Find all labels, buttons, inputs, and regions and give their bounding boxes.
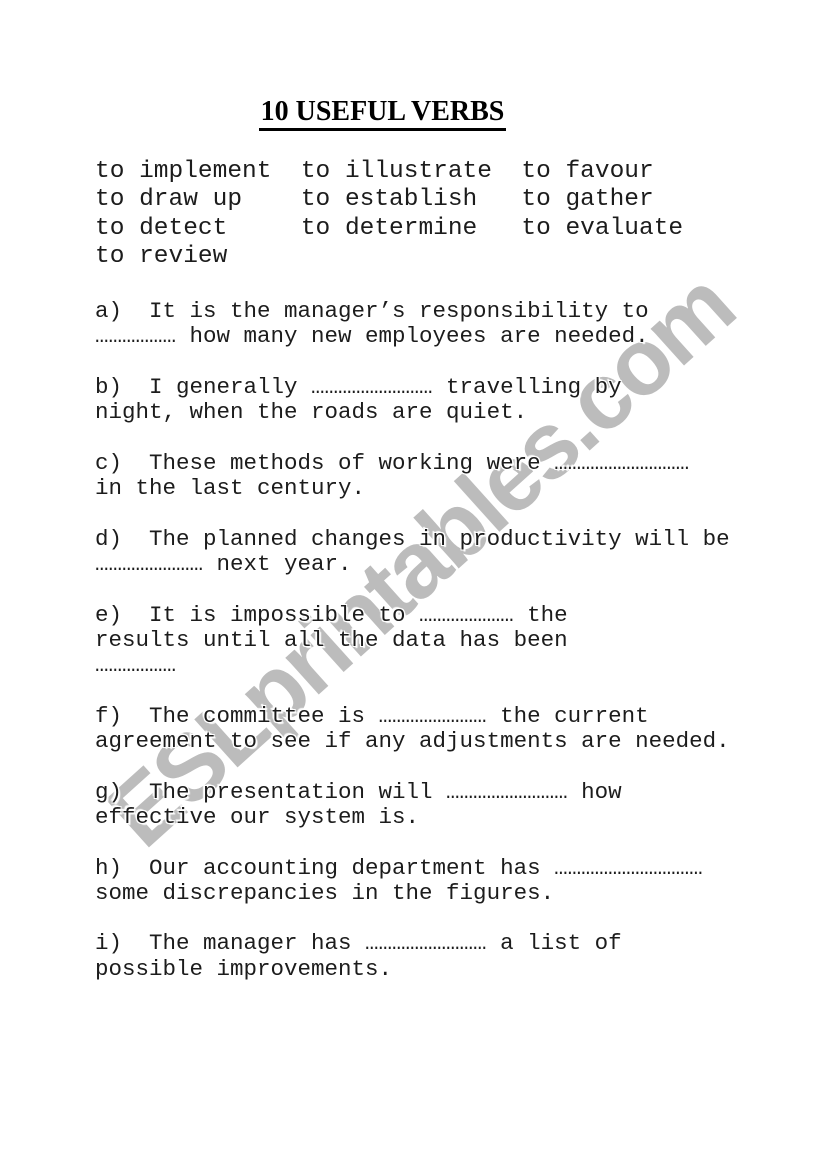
item-e-line-1: e) It is impossible to ………………… the xyxy=(95,603,730,628)
item-a-line-1: a) It is the manager’s responsibility to xyxy=(95,299,730,324)
worksheet-page: ESLprintables.com 10 USEFUL VERBS to imp… xyxy=(0,0,821,1169)
exercise-items: a) It is the manager’s responsibility to… xyxy=(95,299,730,1007)
item-e-line-3: ……………… xyxy=(95,653,730,678)
exercise-item-g: g) The presentation will ……………………… how e… xyxy=(95,780,730,831)
verb-row-2: to draw up to establish to gather xyxy=(95,186,683,214)
verb-row-1: to implement to illustrate to favour xyxy=(95,158,683,186)
item-d-line-2: …………………… next year. xyxy=(95,552,730,577)
item-g-line-1: g) The presentation will ……………………… how xyxy=(95,780,730,805)
item-c-line-1: c) These methods of working were …………………… xyxy=(95,451,730,476)
exercise-item-f: f) The committee is …………………… the current… xyxy=(95,704,730,755)
item-d-line-1: d) The planned changes in productivity w… xyxy=(95,527,730,552)
item-c-line-2: in the last century. xyxy=(95,476,730,501)
item-h-line-1: h) Our accounting department has …………………… xyxy=(95,856,730,881)
item-g-line-2: effective our system is. xyxy=(95,805,730,830)
item-i-line-1: i) The manager has ……………………… a list of xyxy=(95,931,730,956)
item-e-line-2: results until all the data has been xyxy=(95,628,730,653)
item-i-line-2: possible improvements. xyxy=(95,957,730,982)
item-b-line-1: b) I generally ……………………… travelling by xyxy=(95,375,730,400)
page-title-text: 10 USEFUL VERBS xyxy=(259,96,507,131)
verb-list: to implement to illustrate to favour to … xyxy=(95,158,683,272)
item-f-line-2: agreement to see if any adjustments are … xyxy=(95,729,730,754)
exercise-item-e: e) It is impossible to ………………… the resul… xyxy=(95,603,730,679)
exercise-item-d: d) The planned changes in productivity w… xyxy=(95,527,730,578)
item-f-line-1: f) The committee is …………………… the current xyxy=(95,704,730,729)
item-a-line-2: ……………… how many new employees are needed… xyxy=(95,324,730,349)
item-h-line-2: some discrepancies in the figures. xyxy=(95,881,730,906)
item-b-line-2: night, when the roads are quiet. xyxy=(95,400,730,425)
exercise-item-c: c) These methods of working were …………………… xyxy=(95,451,730,502)
exercise-item-b: b) I generally ……………………… travelling by n… xyxy=(95,375,730,426)
exercise-item-h: h) Our accounting department has …………………… xyxy=(95,856,730,907)
exercise-item-a: a) It is the manager’s responsibility to… xyxy=(95,299,730,350)
page-title: 10 USEFUL VERBS xyxy=(0,97,765,126)
exercise-item-i: i) The manager has ……………………… a list of p… xyxy=(95,931,730,982)
verb-row-4: to review xyxy=(95,243,683,271)
verb-row-3: to detect to determine to evaluate xyxy=(95,215,683,243)
